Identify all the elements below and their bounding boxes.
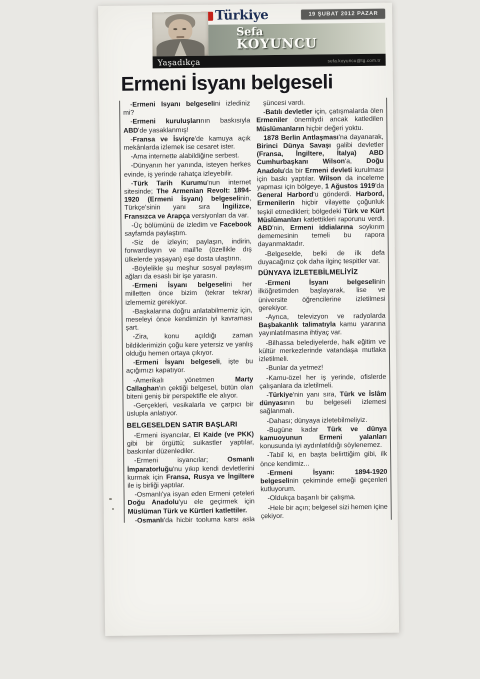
article-paragraph: -Türkiye'nin yanı sıra, Türk ve İslâm dü… — [259, 391, 386, 417]
article-paragraph: -Belgeselde, belki de ilk defa duyacağın… — [258, 249, 385, 267]
columnist-last-name: KOYUNCU — [236, 37, 317, 52]
article-paragraph: -Ermeni İsyanı: 1894-1920 belgeselinin ç… — [260, 468, 387, 494]
article-headline: Ermeni İsyanı belgeseli — [121, 71, 385, 97]
article-paragraph: -Ermeni İsyanı belgeselini izlediniz mi? — [123, 100, 250, 118]
column-title-bar: Yaşadıkça sefa.koyuncu@tg.com.tr — [153, 54, 386, 69]
columnist-email: sefa.koyuncu@tg.com.tr — [328, 57, 381, 63]
article-paragraph: 1878 Berlin Antlaşması'na dayanarak, Bir… — [256, 134, 384, 250]
columnist-photo — [152, 12, 208, 57]
scan-mark — [112, 508, 114, 510]
portrait-eye — [182, 28, 186, 30]
paper-name: Türkiye — [215, 8, 269, 24]
article-paragraph: -Oldukça başarılı bir çalışma. — [261, 494, 388, 504]
article-paragraph: -Osmanlı'da hiçbir topluma karşı asla bi… — [128, 516, 255, 523]
portrait-eye — [173, 28, 177, 30]
article-paragraph: -Başkalarına doğru anlatabilmemiz için, … — [125, 307, 252, 333]
article-paragraph: -Fransa ve İsviçre'de kamuya açık mekânl… — [123, 135, 250, 153]
article-paragraph: -Ayrıca, televizyon ve radyolarda Başbak… — [259, 313, 386, 339]
article-paragraph: -Kamu-özel her iş yerinde, ofislerde çal… — [259, 373, 386, 391]
section-subhead: BELGESELDEN SATIR BAŞLARI — [127, 421, 254, 431]
article-paragraph: -Ermeni isyancılar; Osmanlı İmparatorluğ… — [127, 457, 254, 491]
article-paragraph: -Osmanlı'ya isyan eden Ermeni çeteleri D… — [128, 490, 255, 516]
section-subhead: DÜNYAYA İZLETEBİLMELİYİZ — [258, 269, 385, 279]
scan-mark — [109, 498, 112, 500]
issue-date: 19 ŞUBAT 2012 PAZAR — [302, 9, 386, 20]
article-paragraph: -Ermeni isyancılar, El Kaide (ve PKK) gi… — [127, 431, 254, 457]
article-paragraph: -Tabiî ki, en başta belirttiğim gibi, il… — [260, 451, 387, 469]
article-paragraph: -Ermeni İsyanı belgeselinin ilköğretimde… — [258, 279, 385, 313]
article-column-right: şüncesi vardı.-Batılı devletler için, ça… — [256, 99, 388, 521]
article-paragraph: şüncesi vardı. — [256, 99, 383, 109]
article-paragraph: -Hele bir açın; belgesel sizi hemen için… — [261, 503, 388, 521]
article-column-left: -Ermeni İsyanı belgeselini izlediniz mi?… — [123, 100, 255, 522]
article-paragraph: -Amerikalı yönetmen Marty Callaghan'ın ç… — [126, 376, 253, 402]
article-paragraph: -Ermeni kuruluşlarının baskısıyla ABD'de… — [123, 118, 250, 136]
article-paragraph: -Bilhassa belediyelerde, halk eğitim ve … — [259, 338, 386, 364]
article-paragraph: -Bugüne kadar Türk ve dünya kamuoyunun E… — [260, 425, 387, 451]
portrait-mouth — [176, 36, 184, 38]
column-name: Yaşadıkça — [158, 57, 201, 66]
article-paragraph: -Ermeni İsyanı belgeselini her milletten… — [125, 282, 252, 308]
article-paragraph: -Üç bölümünü de izledim ve Facebook sayf… — [124, 221, 251, 239]
newspaper-clipping: Türkiye 19 ŞUBAT 2012 PAZAR Sefa KOYUNCU… — [98, 3, 399, 636]
article-paragraph: -Ermeni İsyanı belgeseli, işte bu açığım… — [126, 358, 253, 376]
article-body: -Ermeni İsyanı belgeselini izlediniz mi?… — [119, 98, 392, 523]
article-paragraph: -Bunlar da yetmez! — [259, 364, 386, 374]
article-paragraph: -Ama internette alabildiğine serbest. — [124, 152, 251, 162]
article-paragraph: -Böylelikle şu meşhur sosyal paylaşım ağ… — [125, 264, 252, 282]
article-paragraph: -Zira, konu açıldığı zaman bildiklerimiz… — [126, 333, 253, 359]
article-paragraph: -Batılı devletler için, çatışmalarda öle… — [256, 108, 383, 134]
article-paragraph: -Dahası; dünyaya izletebilmeliyiz. — [260, 416, 387, 426]
columnist-banner: Sefa KOYUNCU — [208, 23, 385, 56]
article-paragraph: -Türk Tarih Kurumu'nun internet sitesind… — [124, 179, 251, 221]
article-paragraph: -Gerçekleri, vesikalarla ve çarpıcı bir … — [127, 401, 254, 419]
article-paragraph: -Dünyanın her yanında, isteyen herkes ev… — [124, 162, 251, 180]
article-paragraph: -Siz de izleyin; paylaşın, indirin, forw… — [125, 239, 252, 265]
columnist-name: Sefa KOYUNCU — [236, 26, 317, 52]
